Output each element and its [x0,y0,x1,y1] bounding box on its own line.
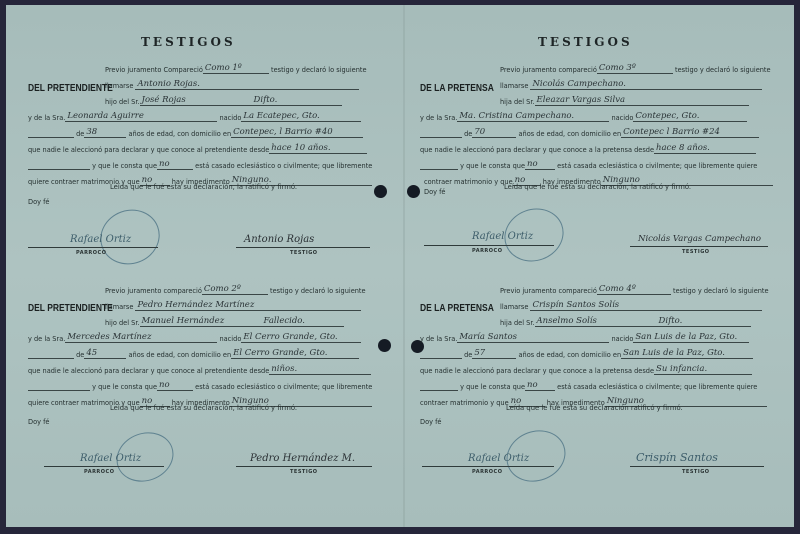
line-edad: de38 años de edad, con domicilio enConte… [28,127,363,138]
parroco-signature: Rafael Ortiz [80,453,141,464]
known-since-field[interactable]: hace 10 años. [269,143,367,154]
birthplace-field[interactable]: El Cerro Grande, Gto. [241,332,361,343]
line-consta: y que le consta queno está casada eclesi… [420,159,757,170]
signature-line [630,466,764,467]
line-llamarse: llamarse Crispín Santos Solís [500,300,762,311]
father-field[interactable]: Anselmo Solís [535,316,657,327]
mother-field[interactable]: Ma. Cristina Campechano. [457,111,609,122]
name-field[interactable]: Pedro Hernández Martínez [135,300,361,311]
parroco-signature: Rafael Ortiz [70,234,131,245]
witness-signature: Nicolás Vargas Campechano [638,234,761,244]
address-field[interactable]: San Luis de la Paz, Gto. [621,348,753,359]
signature-line [422,466,554,467]
age-field[interactable]: 38 [84,127,126,138]
section-label: DEL PRETENDIENTE [28,303,113,314]
blank-field[interactable] [420,348,462,359]
father-field[interactable]: Manuel Hernández [140,316,262,327]
signature-line [236,466,372,467]
line-padre: hija del Sr.Anselmo SolísDifto. [500,316,751,327]
parroco-label: PARROCO [84,469,114,475]
testigo-label: TESTIGO [682,249,710,255]
name-field[interactable]: Antonio Rojas. [135,79,359,90]
address-field[interactable]: Contepec, l Barrio #40 [231,127,363,138]
doy-fe: Doy fé [420,418,442,426]
doy-fe: Doy fé [28,418,50,426]
line-llamarse: llamarse Pedro Hernández Martínez [105,300,361,311]
line-consta: y que le consta queno está casado eclesi… [28,159,372,170]
blank-field[interactable] [420,380,458,391]
witness-block-2: TESTIGOS DE LA PRETENSA Previo juramento… [402,5,792,265]
ordinal-field[interactable]: Como 4º [597,284,671,295]
line-madre: y de la Sra.María Santos nacidoSan Luis … [420,332,749,343]
section-title: TESTIGOS [141,35,236,49]
blank-field[interactable] [28,348,74,359]
mother-field[interactable]: María Santos [457,332,609,343]
parroco-signature: Rafael Ortiz [468,453,529,464]
line-padre: hija del Sr.Eleazar Vargas Silva [500,95,749,106]
signature-line [28,247,158,248]
line-padre: hijo del Sr.José RojasDifto. [105,95,342,106]
father-note-field[interactable]: Difto. [252,95,342,106]
line-madre: y de la Sra.Ma. Cristina Campechano. nac… [420,111,747,122]
parroco-signature: Rafael Ortiz [472,231,533,242]
line-conoce: que nadie le aleccionó para declarar y q… [28,364,371,375]
blank-field[interactable] [28,380,90,391]
line-llamarse: llamarse Nicolás Campechano. [500,79,762,90]
parroco-label: PARROCO [472,469,502,475]
married-field[interactable]: no [525,380,555,391]
section-title: TESTIGOS [538,35,633,49]
line-conoce: que nadie le aleccionó para declarar y q… [420,143,756,154]
line-consta: y que le consta queno está casada eclesi… [420,380,757,391]
parroco-label: PARROCO [76,250,106,256]
line-comparecio: Previo juramento comparecióComo 2º testi… [105,284,366,295]
witness-signature: Pedro Hernández M. [250,453,355,464]
mother-field[interactable]: Mercedes Martínez [65,332,217,343]
line-madre: y de la Sra.Mercedes Martínez nacidoEl C… [28,332,361,343]
line-padre: hijo del Sr.Manuel HernándezFallecido. [105,316,344,327]
line-comparecio: Previo juramento ComparecióComo 1º testi… [105,63,367,74]
address-field[interactable]: Contepec l Barrio #24 [621,127,759,138]
ordinal-field[interactable]: Como 2º [202,284,268,295]
witness-block-3: DEL PRETENDIENTE Previo juramento compar… [6,263,396,523]
birthplace-field[interactable]: San Luis de la Paz, Gto. [633,332,749,343]
birthplace-field[interactable]: La Ecatepec, Gto. [241,111,361,122]
known-since-field[interactable]: hace 8 años. [654,143,756,154]
blank-field[interactable] [28,127,74,138]
father-note-field[interactable]: Fallecido. [262,316,344,327]
document-sheet: TESTIGOS DEL PRETENDIENTE Previo juramen… [6,5,794,527]
mother-field[interactable]: Leonarda Aguirre [65,111,217,122]
blank-field[interactable] [420,159,458,170]
ratification-text: Leída que le fué esta su declaración, la… [110,183,297,191]
birthplace-field[interactable]: Contepec, Gto. [633,111,747,122]
address-field[interactable]: El Cerro Grande, Gto. [231,348,359,359]
section-label: DE LA PRETENSA [420,303,494,314]
doy-fe: Doy fé [424,188,446,196]
ratification-text: Leída que le fué esta su declaración, la… [110,404,297,412]
parroco-label: PARROCO [472,248,502,254]
line-edad: de70 años de edad, con domicilio enConte… [420,127,759,138]
father-field[interactable]: José Rojas [140,95,252,106]
age-field[interactable]: 57 [472,348,516,359]
known-since-field[interactable]: niños. [269,364,371,375]
name-field[interactable]: Crispín Santos Solís [530,300,762,311]
ratification-text: Leída que le fué esta su declaración, la… [504,183,691,191]
ordinal-field[interactable]: Como 3º [597,63,673,74]
ratification-text: Leída que le fué esta su declaración rat… [506,404,683,412]
line-madre: y de la Sra.Leonarda Aguirre nacidoLa Ec… [28,111,361,122]
line-comparecio: Previo juramento comparecióComo 4º testi… [500,284,769,295]
doy-fe: Doy fé [28,198,50,206]
line-edad: de57 años de edad, con domicilio enSan L… [420,348,753,359]
testigo-label: TESTIGO [290,469,318,475]
known-since-field[interactable]: Su infancia. [654,364,752,375]
section-label: DEL PRETENDIENTE [28,83,113,94]
signature-line [630,246,768,247]
father-field[interactable]: Eleazar Vargas Silva [535,95,749,106]
signature-line [44,466,164,467]
testigo-label: TESTIGO [682,469,710,475]
blank-field[interactable] [28,159,90,170]
witness-signature: Crispín Santos [636,451,718,464]
age-field[interactable]: 70 [472,127,516,138]
line-conoce: que nadie le aleccionó para declarar y q… [28,143,367,154]
married-field[interactable]: no [525,159,555,170]
witness-block-4: DE LA PRETENSA Previo juramento comparec… [402,263,792,523]
father-note-field[interactable]: Difto. [657,316,751,327]
line-conoce: que nadie le aleccionó para declarar y q… [420,364,752,375]
line-llamarse: llamarse Antonio Rojas. [105,79,359,90]
married-field[interactable]: no [157,159,193,170]
signature-line [236,247,370,248]
signature-line [424,245,554,246]
witness-block-1: TESTIGOS DEL PRETENDIENTE Previo juramen… [6,5,396,265]
witness-signature: Antonio Rojas [244,234,314,245]
line-comparecio: Previo juramento comparecióComo 3º testi… [500,63,771,74]
section-label: DE LA PRETENSA [420,83,494,94]
line-consta: y que le consta queno está casado eclesi… [28,380,372,391]
name-field[interactable]: Nicolás Campechano. [530,79,762,90]
line-edad: de45 años de edad, con domicilio enEl Ce… [28,348,359,359]
ordinal-field[interactable]: Como 1º [203,63,269,74]
blank-field[interactable] [420,127,462,138]
testigo-label: TESTIGO [290,250,318,256]
married-field[interactable]: no [157,380,193,391]
age-field[interactable]: 45 [84,348,126,359]
